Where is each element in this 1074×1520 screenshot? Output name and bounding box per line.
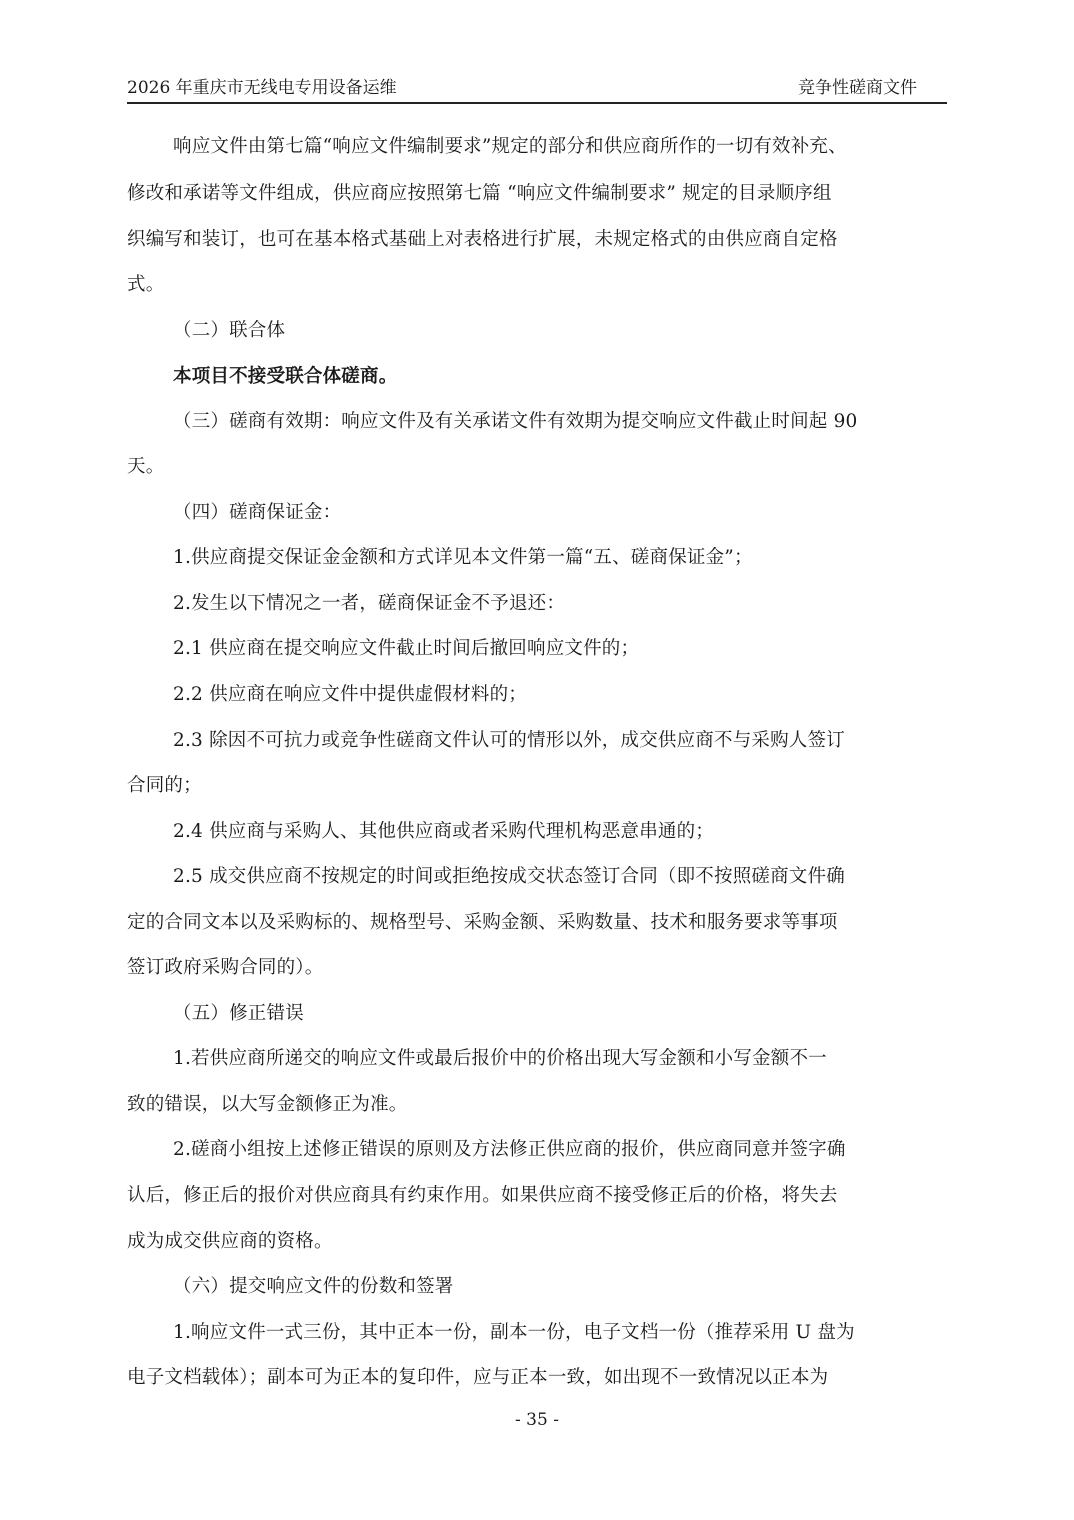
paragraph-line: 电子文档载体）；副本可为正本的复印件，应与正本一致，如出现不一致情况以正本为 [127,1359,828,1396]
paragraph-line: 1.响应文件一式三份，其中正本一份，副本一份，电子文档一份（推荐采用 U 盘为 [127,1314,855,1351]
paragraph-line: 签订政府采购合同的）。 [127,949,323,986]
paragraph-line: 2.2 供应商在响应文件中提供虚假材料的； [127,676,527,713]
paragraph-line: （四）磋商保证金： [127,494,341,531]
paragraph-line: 致的错误，以大写金额修正为准。 [127,1086,408,1123]
header-project-title: 2026 年重庆市无线电专用设备运维 [127,76,397,100]
paragraph-line: 修改和承诺等文件组成，供应商应按照第七篇 “响应文件编制要求” 规定的目录顺序组 [127,175,832,212]
paragraph-line: 天。 [127,448,164,485]
paragraph-line: （三）磋商有效期：响应文件及有关承诺文件有效期为提交响应文件截止时间起 90 [127,403,858,440]
paragraph-line: 2.4 供应商与采购人、其他供应商或者采购代理机构恶意串通的； [127,813,714,850]
header-document-type: 竞争性磋商文件 [798,76,917,100]
paragraph-line: 织编写和装订，也可在基本格式基础上对表格进行扩展，未规定格式的由供应商自定格 [127,221,838,258]
paragraph-line: （二）联合体 [127,312,285,349]
header-divider [127,102,947,104]
paragraph-line: 2.1 供应商在提交响应文件截止时间后撤回响应文件的； [127,630,639,667]
paragraph-line: 式。 [127,266,164,303]
paragraph-line: 响应文件由第七篇“响应文件编制要求”规定的部分和供应商所作的一切有效补充、 [127,128,847,165]
paragraph-line: （六）提交响应文件的份数和签署 [127,1268,454,1305]
page-header: 2026 年重庆市无线电专用设备运维 竞争性磋商文件 [127,76,947,100]
page-number: - 35 - [0,1408,1074,1432]
paragraph-line: 2.3 除因不可抗力或竞争性磋商文件认可的情形以外，成交供应商不与采购人签订 [127,722,845,759]
bold-statement: 本项目不接受联合体磋商。 [127,358,397,395]
paragraph-line: 合同的； [127,767,202,804]
paragraph-line: 2.5 成交供应商不按规定的时间或拒绝按成交状态签订合同（即不按照磋商文件确 [127,858,845,895]
paragraph-line: 2.磋商小组按上述修正错误的原则及方法修正供应商的报价，供应商同意并签字确 [127,1131,846,1168]
paragraph-line: 2.发生以下情况之一者，磋商保证金不予退还： [127,585,565,622]
paragraph-line: （五）修正错误 [127,995,304,1032]
paragraph-line: 1.若供应商所递交的响应文件或最后报价中的价格出现大写金额和小写金额不一 [127,1040,827,1077]
paragraph-line: 成为成交供应商的资格。 [127,1223,333,1260]
paragraph-line: 定的合同文本以及采购标的、规格型号、采购金额、采购数量、技术和服务要求等事项 [127,904,838,941]
paragraph-line: 认后，修正后的报价对供应商具有约束作用。如果供应商不接受修正后的价格，将失去 [127,1177,838,1214]
paragraph-line: 1.供应商提交保证金金额和方式详见本文件第一篇“五、磋商保证金”； [127,539,753,576]
